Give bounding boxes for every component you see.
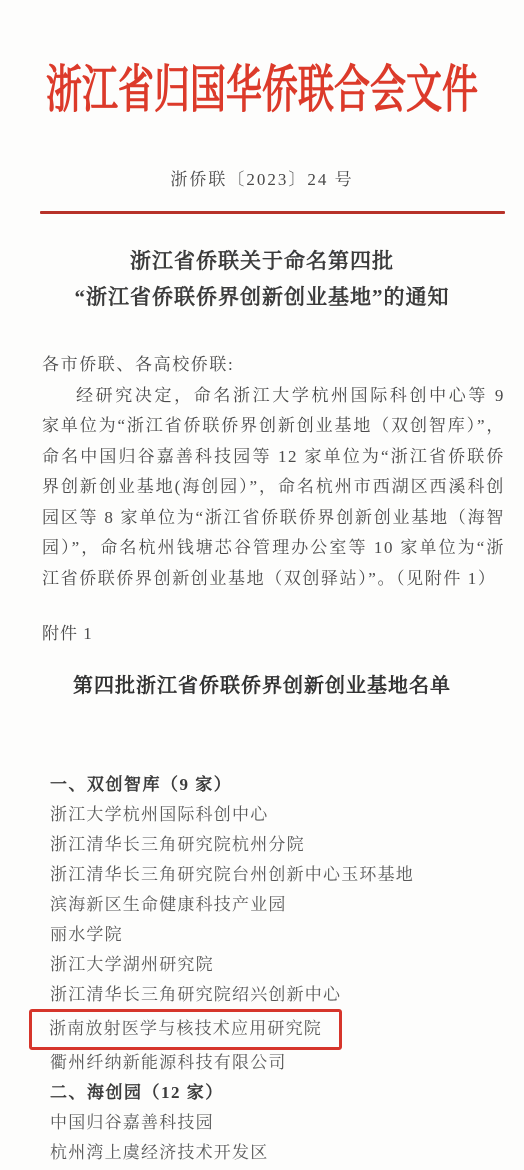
- section-heading-haichuangyuan: 二、海创园（12 家）: [50, 1078, 524, 1108]
- list-item: 浙江大学湖州研究院: [50, 950, 524, 980]
- list-item: 丽水学院: [50, 920, 524, 950]
- notice-title-line2: “浙江省侨联侨界创新创业基地”的通知: [0, 279, 524, 315]
- list-item: 衢州纤纳新能源科技有限公司: [50, 1048, 524, 1078]
- salutation: 各市侨联、各高校侨联:: [42, 350, 505, 381]
- red-highlight-box: 浙南放射医学与核技术应用研究院: [29, 1009, 342, 1050]
- list-item: 中国归谷嘉善科技园: [50, 1108, 524, 1138]
- notice-body: 各市侨联、各高校侨联: 经研究决定，命名浙江大学杭州国际科创中心等 9 家单位为…: [42, 350, 505, 594]
- attachment-title: 第四批浙江省侨联侨界创新创业基地名单: [0, 669, 524, 698]
- letterhead-title: 浙江省归国华侨联合会文件: [46, 50, 478, 122]
- base-name-list: 一、双创智库（9 家） 浙江大学杭州国际科创中心 浙江清华长三角研究院杭州分院 …: [50, 770, 524, 1168]
- list-item-highlighted: 浙南放射医学与核技术应用研究院: [50, 1010, 524, 1048]
- list-item: 滨海新区生命健康科技产业园: [50, 890, 524, 920]
- list-item: 浙江清华长三角研究院绍兴创新中心: [50, 980, 524, 1010]
- red-letterhead: 浙江省归国华侨联合会文件: [0, 0, 524, 101]
- notice-title: 浙江省侨联关于命名第四批 “浙江省侨联侨界创新创业基地”的通知: [0, 243, 524, 315]
- list-item: 浙江大学杭州国际科创中心: [50, 800, 524, 830]
- notice-title-line1: 浙江省侨联关于命名第四批: [0, 243, 524, 279]
- highlighted-base-name: 浙南放射医学与核技术应用研究院: [49, 1019, 322, 1038]
- list-item: 杭州湾上虞经济技术开发区: [50, 1138, 524, 1168]
- document-number: 浙侨联〔2023〕24 号: [0, 165, 524, 190]
- document-page: 浙江省归国华侨联合会文件 浙侨联〔2023〕24 号 浙江省侨联关于命名第四批 …: [0, 0, 524, 1170]
- list-item: 浙江清华长三角研究院杭州分院: [50, 830, 524, 860]
- attachment-label: 附件 1: [42, 619, 524, 644]
- list-item: 浙江清华长三角研究院台州创新中心玉环基地: [50, 860, 524, 890]
- section-heading-shuangchuang: 一、双创智库（9 家）: [50, 770, 524, 800]
- red-separator-rule: [40, 211, 505, 214]
- body-paragraph: 经研究决定，命名浙江大学杭州国际科创中心等 9 家单位为“浙江省侨联侨界创新创业…: [42, 381, 505, 595]
